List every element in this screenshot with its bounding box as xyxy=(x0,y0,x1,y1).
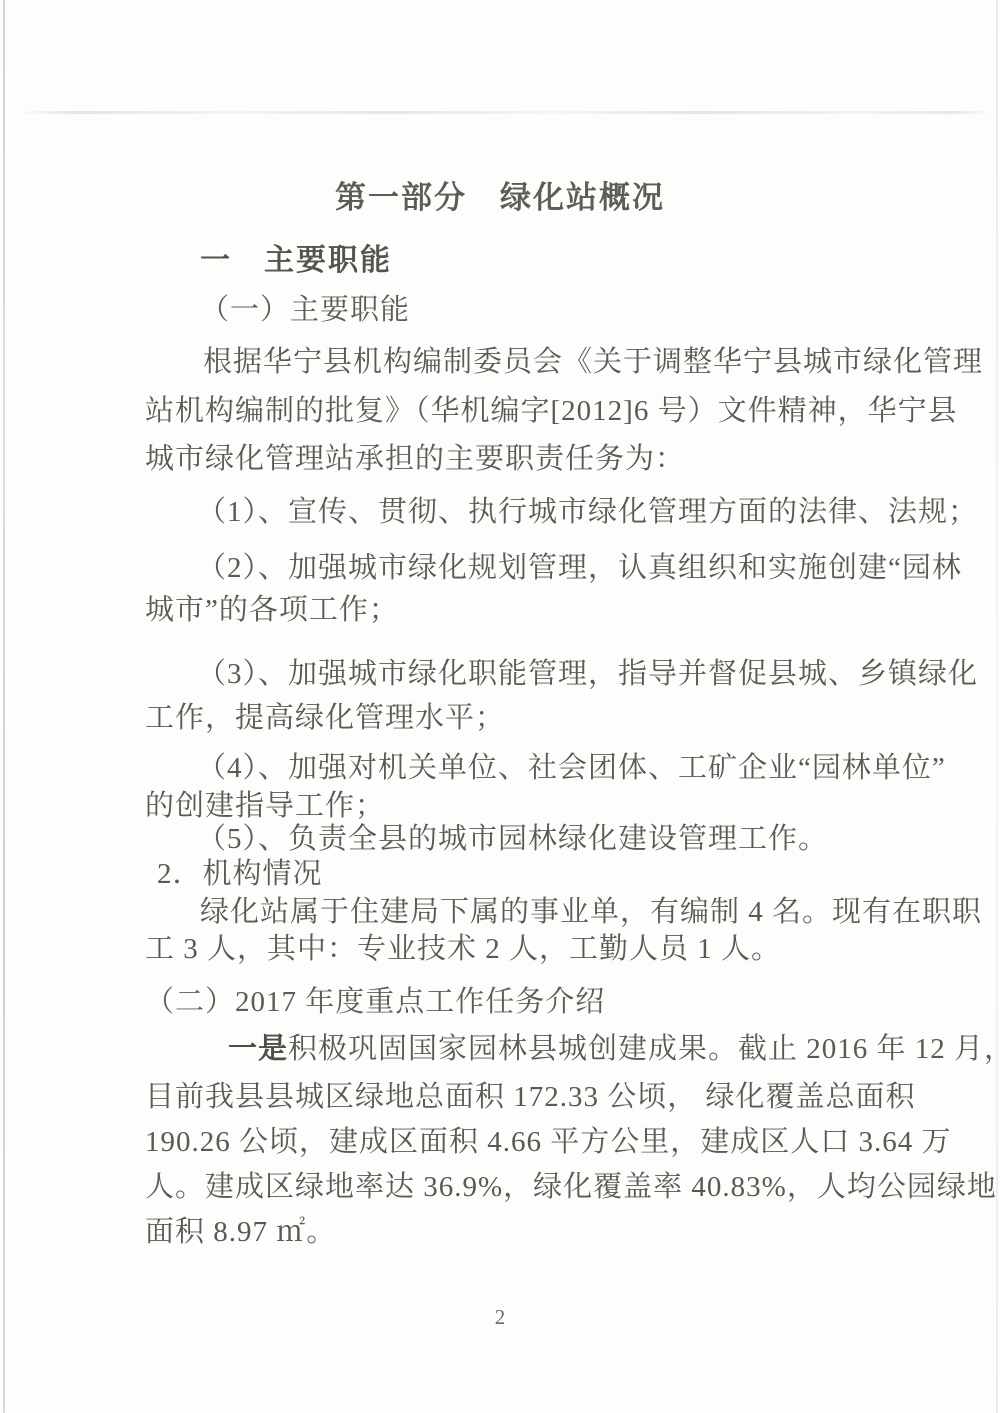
key-task-line: 190.26 公顷，建成区面积 4.66 平方公里，建成区人口 3.64 万 xyxy=(145,1126,952,1159)
org-paragraph-line: 工 3 人，其中：专业技术 2 人，工勤人员 1 人。 xyxy=(145,933,781,966)
page-number: 2 xyxy=(0,1305,1000,1329)
duty-item-line: （4）、加强对机关单位、社会团体、工矿企业“园林单位” xyxy=(197,752,946,785)
key-task-line: 一是积极巩固国家园林县城创建成果。截止 2016 年 12 月， xyxy=(228,1033,1000,1066)
key-task-lead: 一是 xyxy=(228,1033,288,1065)
scanned-document-page: 第一部分 绿化站概况 一 主要职能 （一）主要职能 根据华宁县机构编制委员会《关… xyxy=(0,0,1000,1413)
duty-item-line: 工作，提高绿化管理水平； xyxy=(145,702,505,735)
intro-paragraph-line: 城市绿化管理站承担的主要职责任务为： xyxy=(145,443,685,476)
key-task-line: 人。建成区绿地率达 36.9%，绿化覆盖率 40.83%，人均公园绿地 xyxy=(145,1171,997,1204)
key-task-line: 面积 8.97 ㎡。 xyxy=(145,1216,336,1249)
duty-item-line: （1）、宣传、贯彻、执行城市绿化管理方面的法律、法规； xyxy=(197,496,978,529)
duty-item-line: 城市”的各项工作； xyxy=(145,594,399,627)
org-paragraph-line: 绿化站属于住建局下属的事业单，有编制 4 名。现有在职职 xyxy=(200,896,982,929)
subsection-2-heading: （二）2017 年度重点工作任务介绍 xyxy=(145,986,605,1019)
scan-smudge-line xyxy=(18,111,993,114)
duty-item-line: （3）、加强城市绿化职能管理，指导并督促县城、乡镇绿化 xyxy=(197,658,978,691)
duty-item-line: （2）、加强城市绿化规划管理，认真组织和实施创建“园林 xyxy=(197,552,962,585)
section-heading: 一 主要职能 xyxy=(200,244,392,279)
intro-paragraph-line: 根据华宁县机构编制委员会《关于调整华宁县城市绿化管理 xyxy=(203,346,983,379)
duty-item-line: 的创建指导工作； xyxy=(145,790,385,823)
intro-paragraph-line: 站机构编制的批复》（华机编字[2012]6 号）文件精神，华宁县 xyxy=(145,395,958,428)
duty-item-line: （5）、负责全县的城市园林绿化建设管理工作。 xyxy=(197,823,828,856)
subsection-1-heading: （一）主要职能 xyxy=(200,294,410,327)
part-title: 第一部分 绿化站概况 xyxy=(0,180,1000,216)
key-task-text: 积极巩固国家园林县城创建成果。截止 2016 年 12 月， xyxy=(288,1033,1000,1065)
key-task-line: 目前我县县城区绿地总面积 172.33 公顷， 绿化覆盖总面积 xyxy=(145,1081,916,1114)
org-heading: 2．机构情况 xyxy=(157,858,323,891)
